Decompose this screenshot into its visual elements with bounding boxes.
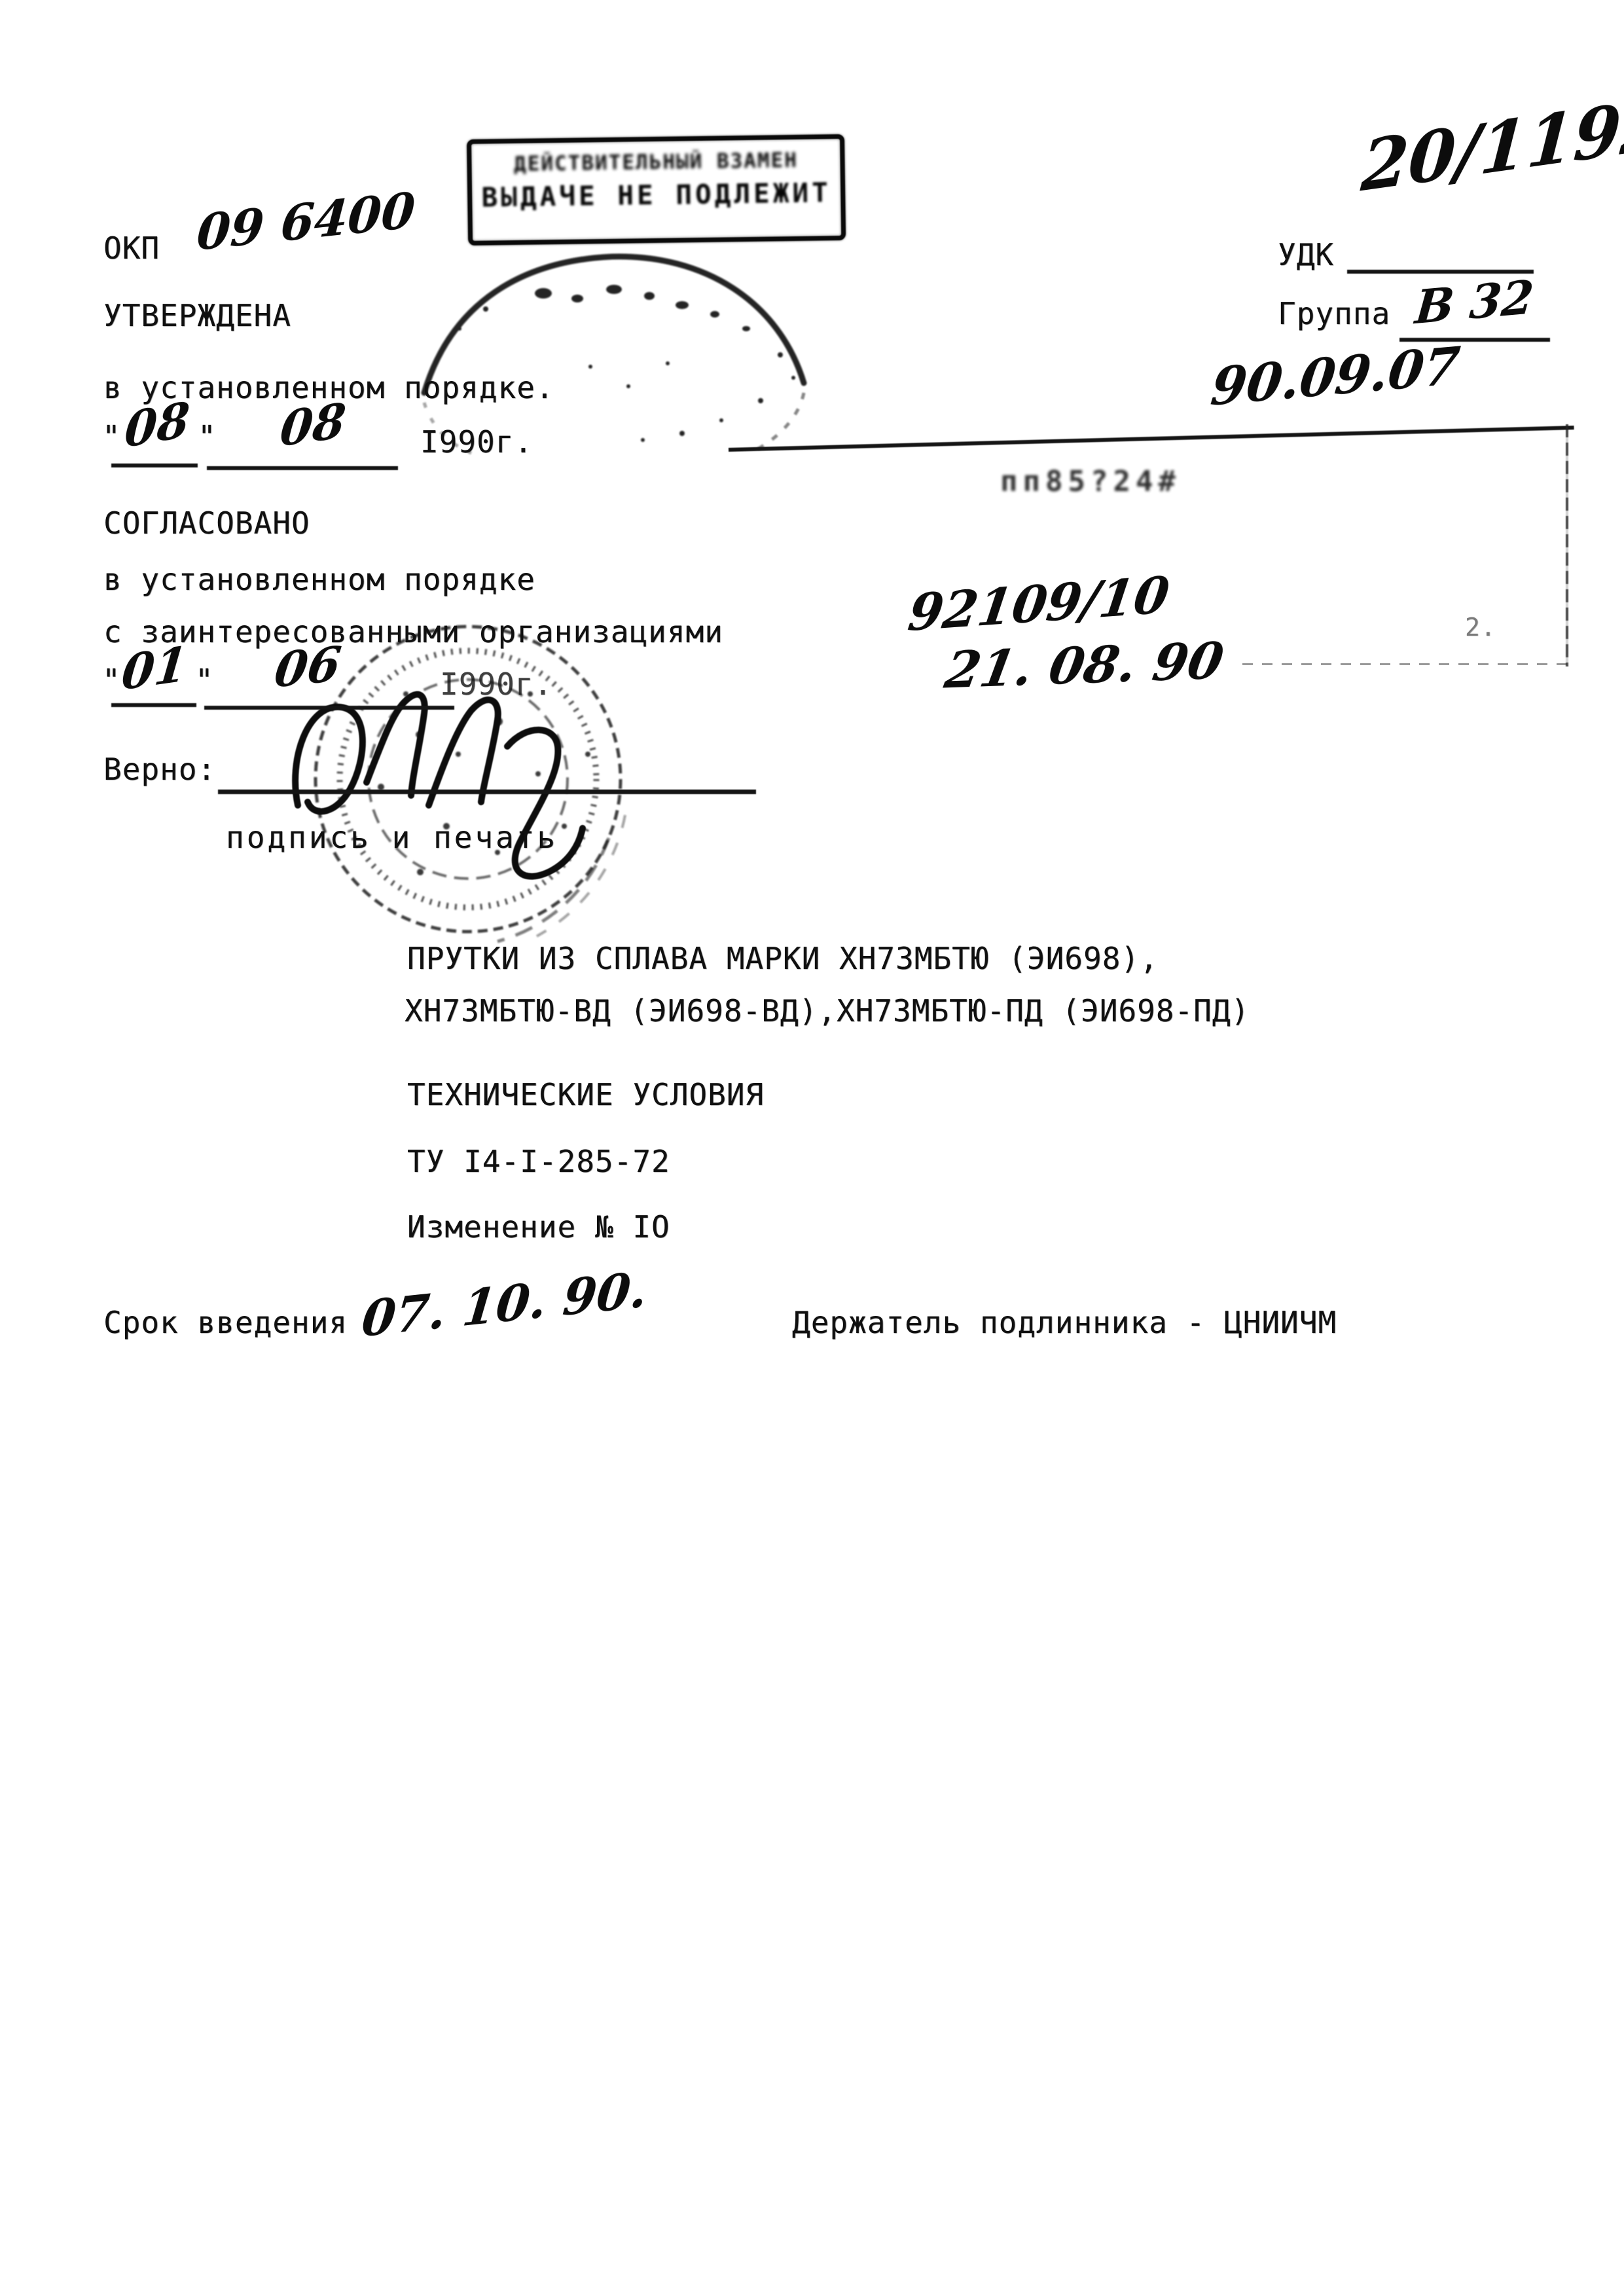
rect-stamp-line1: ДЕЙСТВИТЕЛЬНЫЙ ВЗАМЕН <box>471 148 840 177</box>
agreed-day-underline <box>111 703 196 707</box>
document-title-line2: ХН73МБТЮ-ВД (ЭИ698-ВД),ХН73МБТЮ-ПД (ЭИ69… <box>405 993 1250 1029</box>
agreed-quote-close: " <box>195 663 214 698</box>
agreed-year: I990г. <box>440 666 552 702</box>
agreed-month-underline <box>204 706 454 710</box>
agreed-title: СОГЛАСОВАНО <box>103 505 310 541</box>
holder-label: Держатель подлинника - ЦНИИЧМ <box>792 1305 1337 1340</box>
udk-label: УДК <box>1278 237 1334 272</box>
box-note: 2. <box>1465 613 1496 642</box>
verno-label: Верно: <box>103 752 216 787</box>
scanned-document-page: ДЕЙСТВИТЕЛЬНЫЙ ВЗАМЕН ВЫДАЧЕ НЕ ПОДЛЕЖИТ… <box>0 0 1624 2296</box>
margin-box-right-edge <box>1566 424 1568 666</box>
approved-month-underline <box>207 466 398 470</box>
oval-stamp <box>424 257 804 453</box>
gruppa-label: Группа <box>1278 296 1390 331</box>
agreed-quote-open: " <box>102 663 121 698</box>
approved-quote-open: " <box>102 419 121 454</box>
document-title-line1: ПРУТКИ ИЗ СПЛАВА МАРКИ ХН73МБТЮ (ЭИ698), <box>407 941 1159 976</box>
smudged-stamp-fragment: пп85?24# <box>1000 465 1181 498</box>
agreed-day-handwritten: 01 <box>119 635 190 701</box>
gruppa-value-handwritten: В 32 <box>1413 270 1536 335</box>
agreed-line2: с заинтересованными организациями <box>103 614 723 649</box>
reg-date-handwritten: 21. 08. 90 <box>941 631 1228 699</box>
approved-day-underline <box>111 464 198 467</box>
signature-line <box>218 790 756 794</box>
document-subtitle: ТЕХНИЧЕСКИЕ УСЛОВИЯ <box>407 1077 764 1112</box>
approved-day-handwritten: 08 <box>123 390 192 459</box>
verno-caption: подпись и печать <box>226 820 558 855</box>
approved-month-handwritten: 08 <box>278 392 348 458</box>
amendment-number: Изменение № IO <box>407 1209 670 1245</box>
approved-year: I990г. <box>420 424 533 460</box>
approved-title: УТВЕРЖДЕНА <box>103 298 291 333</box>
rect-stamp: ДЕЙСТВИТЕЛЬНЫЙ ВЗАМЕН ВЫДАЧЕ НЕ ПОДЛЕЖИТ <box>467 134 846 246</box>
rect-stamp-line2: ВЫДАЧЕ НЕ ПОДЛЕЖИТ <box>472 177 841 213</box>
agreed-month-handwritten: 06 <box>271 635 344 699</box>
agreed-line1: в установленном порядке <box>103 562 535 597</box>
document-code: ТУ I4-I-285-72 <box>407 1144 670 1179</box>
margin-box-bottom-edge <box>1242 663 1568 665</box>
approved-quote-close: " <box>198 419 217 454</box>
okp-label: ОКП <box>103 230 160 266</box>
term-label: Срок введения <box>103 1305 348 1340</box>
